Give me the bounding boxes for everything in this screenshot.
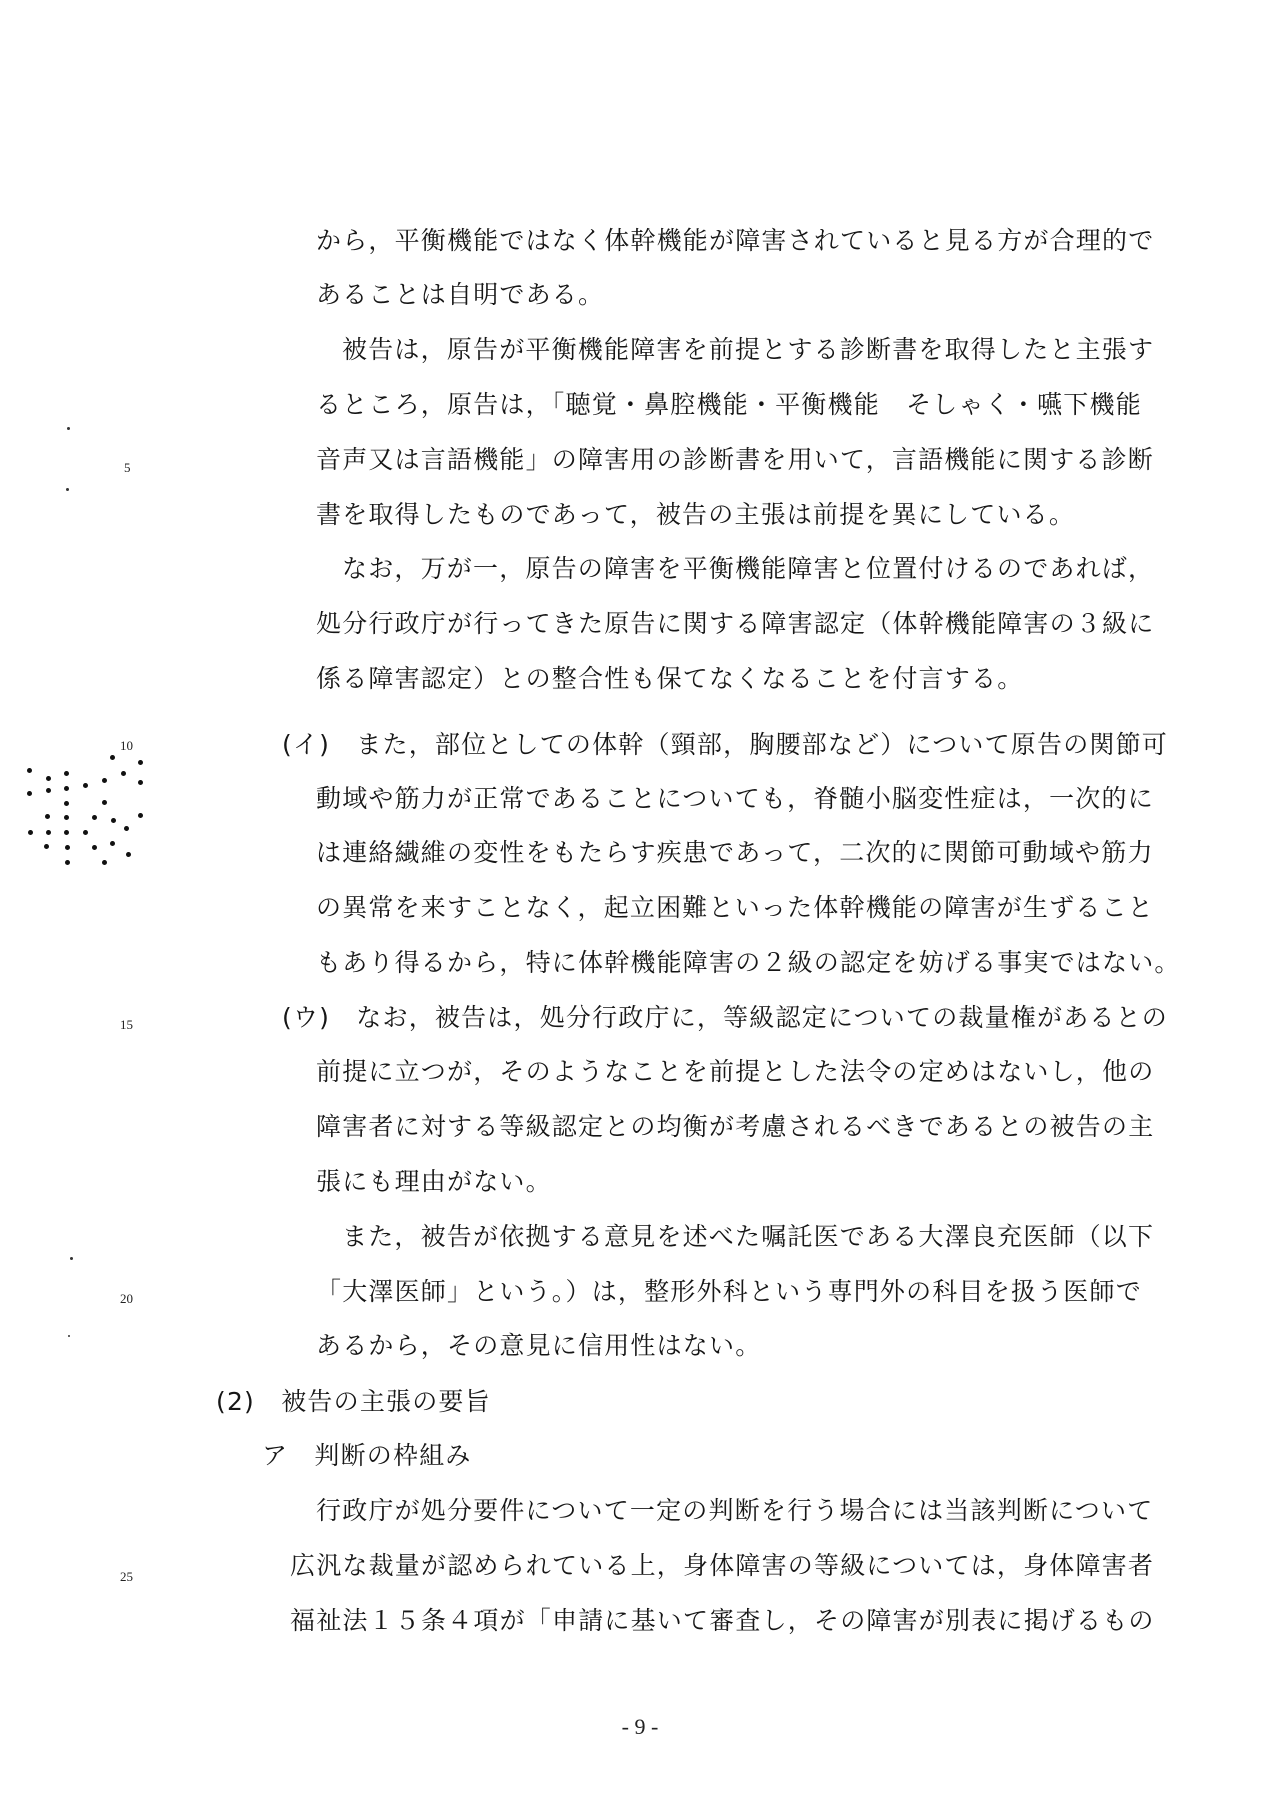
subsection-heading: ア 判断の枠組み bbox=[262, 1441, 472, 1471]
text-line: 音声又は言語機能」の障害用の診断書を用いて，言語機能に関する診断 bbox=[316, 445, 1154, 475]
scan-speck bbox=[66, 488, 69, 491]
text-line: もあり得るから，特に体幹機能障害の２級の認定を妨げる事実ではない。 bbox=[316, 948, 1181, 978]
text-line: 処分行政庁が行ってきた原告に関する障害認定（体幹機能障害の３級に bbox=[316, 609, 1154, 639]
text-line: 広汎な裁量が認められている上，身体障害の等級については，身体障害者 bbox=[290, 1551, 1154, 1581]
text-line: 障害者に対する等級認定との均衡が考慮されるべきであるとの被告の主 bbox=[316, 1112, 1154, 1142]
line-number: 25 bbox=[120, 1569, 133, 1585]
text-line: 書を取得したものであって，被告の主張は前提を異にしている。 bbox=[316, 500, 1075, 530]
line-number: 15 bbox=[120, 1017, 133, 1033]
text-line: るところ，原告は，「聴覚・鼻腔機能・平衡機能 そしゃく・嚥下機能 bbox=[316, 390, 1142, 420]
section-heading: (2) 被告の主張の要旨 bbox=[216, 1387, 491, 1417]
text-line: 行政庁が処分要件について一定の判断を行う場合には当該判断について bbox=[316, 1496, 1153, 1526]
text-line: から，平衡機能ではなく体幹機能が障害されていると見る方が合理的で bbox=[316, 226, 1154, 256]
text-line: 張にも理由がない。 bbox=[316, 1167, 552, 1197]
text-line: (イ) また，部位としての体幹（頸部，胸腰部など）について原告の関節可 bbox=[282, 730, 1168, 760]
page-number: - 9 - bbox=[0, 1714, 1280, 1740]
text-line: なお，万が一，原告の障害を平衡機能障害と位置付けるのであれば， bbox=[342, 554, 1154, 584]
text-line: の異常を来すことなく，起立困難といった体幹機能の障害が生ずること bbox=[316, 893, 1154, 923]
text-line: は連絡繊維の変性をもたらす疾患であって，二次的に関節可動域や筋力 bbox=[316, 838, 1154, 868]
scan-speck bbox=[70, 1257, 73, 1260]
text-line: 動域や筋力が正常であることについても，脊髄小脳変性症は，一次的に bbox=[316, 784, 1154, 814]
scan-speck bbox=[68, 1335, 70, 1337]
text-line: (ウ) なお，被告は，処分行政庁に，等級認定についての裁量権があるとの bbox=[282, 1003, 1168, 1033]
text-line: 福祉法１５条４項が「申請に基いて審査し，その障害が別表に掲げるもの bbox=[290, 1606, 1155, 1636]
line-number: 10 bbox=[120, 738, 133, 754]
text-line: また，被告が依拠する意見を述べた嘱託医である大澤良充医師（以下 bbox=[342, 1222, 1154, 1252]
line-number: 20 bbox=[120, 1291, 133, 1307]
text-line: 前提に立つが，そのようなことを前提とした法令の定めはないし，他の bbox=[316, 1057, 1154, 1087]
text-line: あるから，その意見に信用性はない。 bbox=[316, 1331, 761, 1361]
text-line: 「大澤医師」という。）は，整形外科という専門外の科目を扱う医師で bbox=[316, 1277, 1142, 1307]
line-number: 5 bbox=[124, 460, 131, 476]
text-line: 係る障害認定）との整合性も保てなくなることを付言する。 bbox=[316, 664, 1023, 694]
scan-speck bbox=[67, 427, 70, 430]
text-line: あることは自明である。 bbox=[316, 280, 604, 310]
document-page: から，平衡機能ではなく体幹機能が障害されていると見る方が合理的で あることは自明… bbox=[0, 0, 1280, 1818]
text-line: 被告は，原告が平衡機能障害を前提とする診断書を取得したと主張す bbox=[342, 335, 1154, 365]
